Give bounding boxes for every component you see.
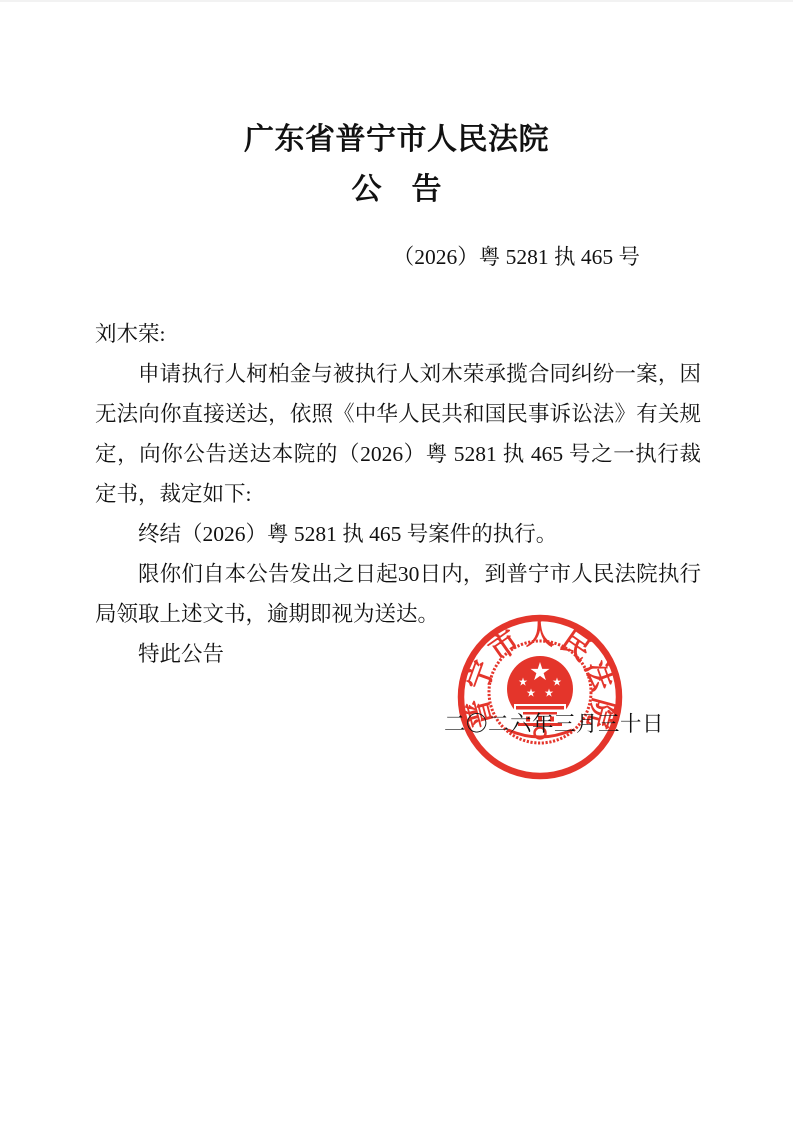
case-number: （2026）粤 5281 执 465 号 <box>393 242 640 272</box>
paragraph-2: 终结（2026）粤 5281 执 465 号案件的执行。 <box>95 514 701 554</box>
seal-char: 民 <box>555 624 598 668</box>
document-date: 二〇二六年三月三十日 <box>444 710 664 738</box>
court-seal: 普 宁 市 人 民 法 院 <box>450 607 630 787</box>
paragraph-1: 申请执行人柯柏金与被执行人刘木荣承揽合同纠纷一案，因无法向你直接送达，依照《中华… <box>95 354 701 514</box>
document-page: 广东省普宁市人民法院 公 告 （2026）粤 5281 执 465 号 刘木荣:… <box>0 0 793 1122</box>
court-name: 广东省普宁市人民法院 <box>0 114 793 158</box>
salutation: 刘木荣: <box>95 314 701 354</box>
doc-title: 公 告 <box>0 164 793 208</box>
seal-char: 人 <box>525 619 554 651</box>
court-seal-icon: 普 宁 市 人 民 法 院 <box>450 607 630 787</box>
